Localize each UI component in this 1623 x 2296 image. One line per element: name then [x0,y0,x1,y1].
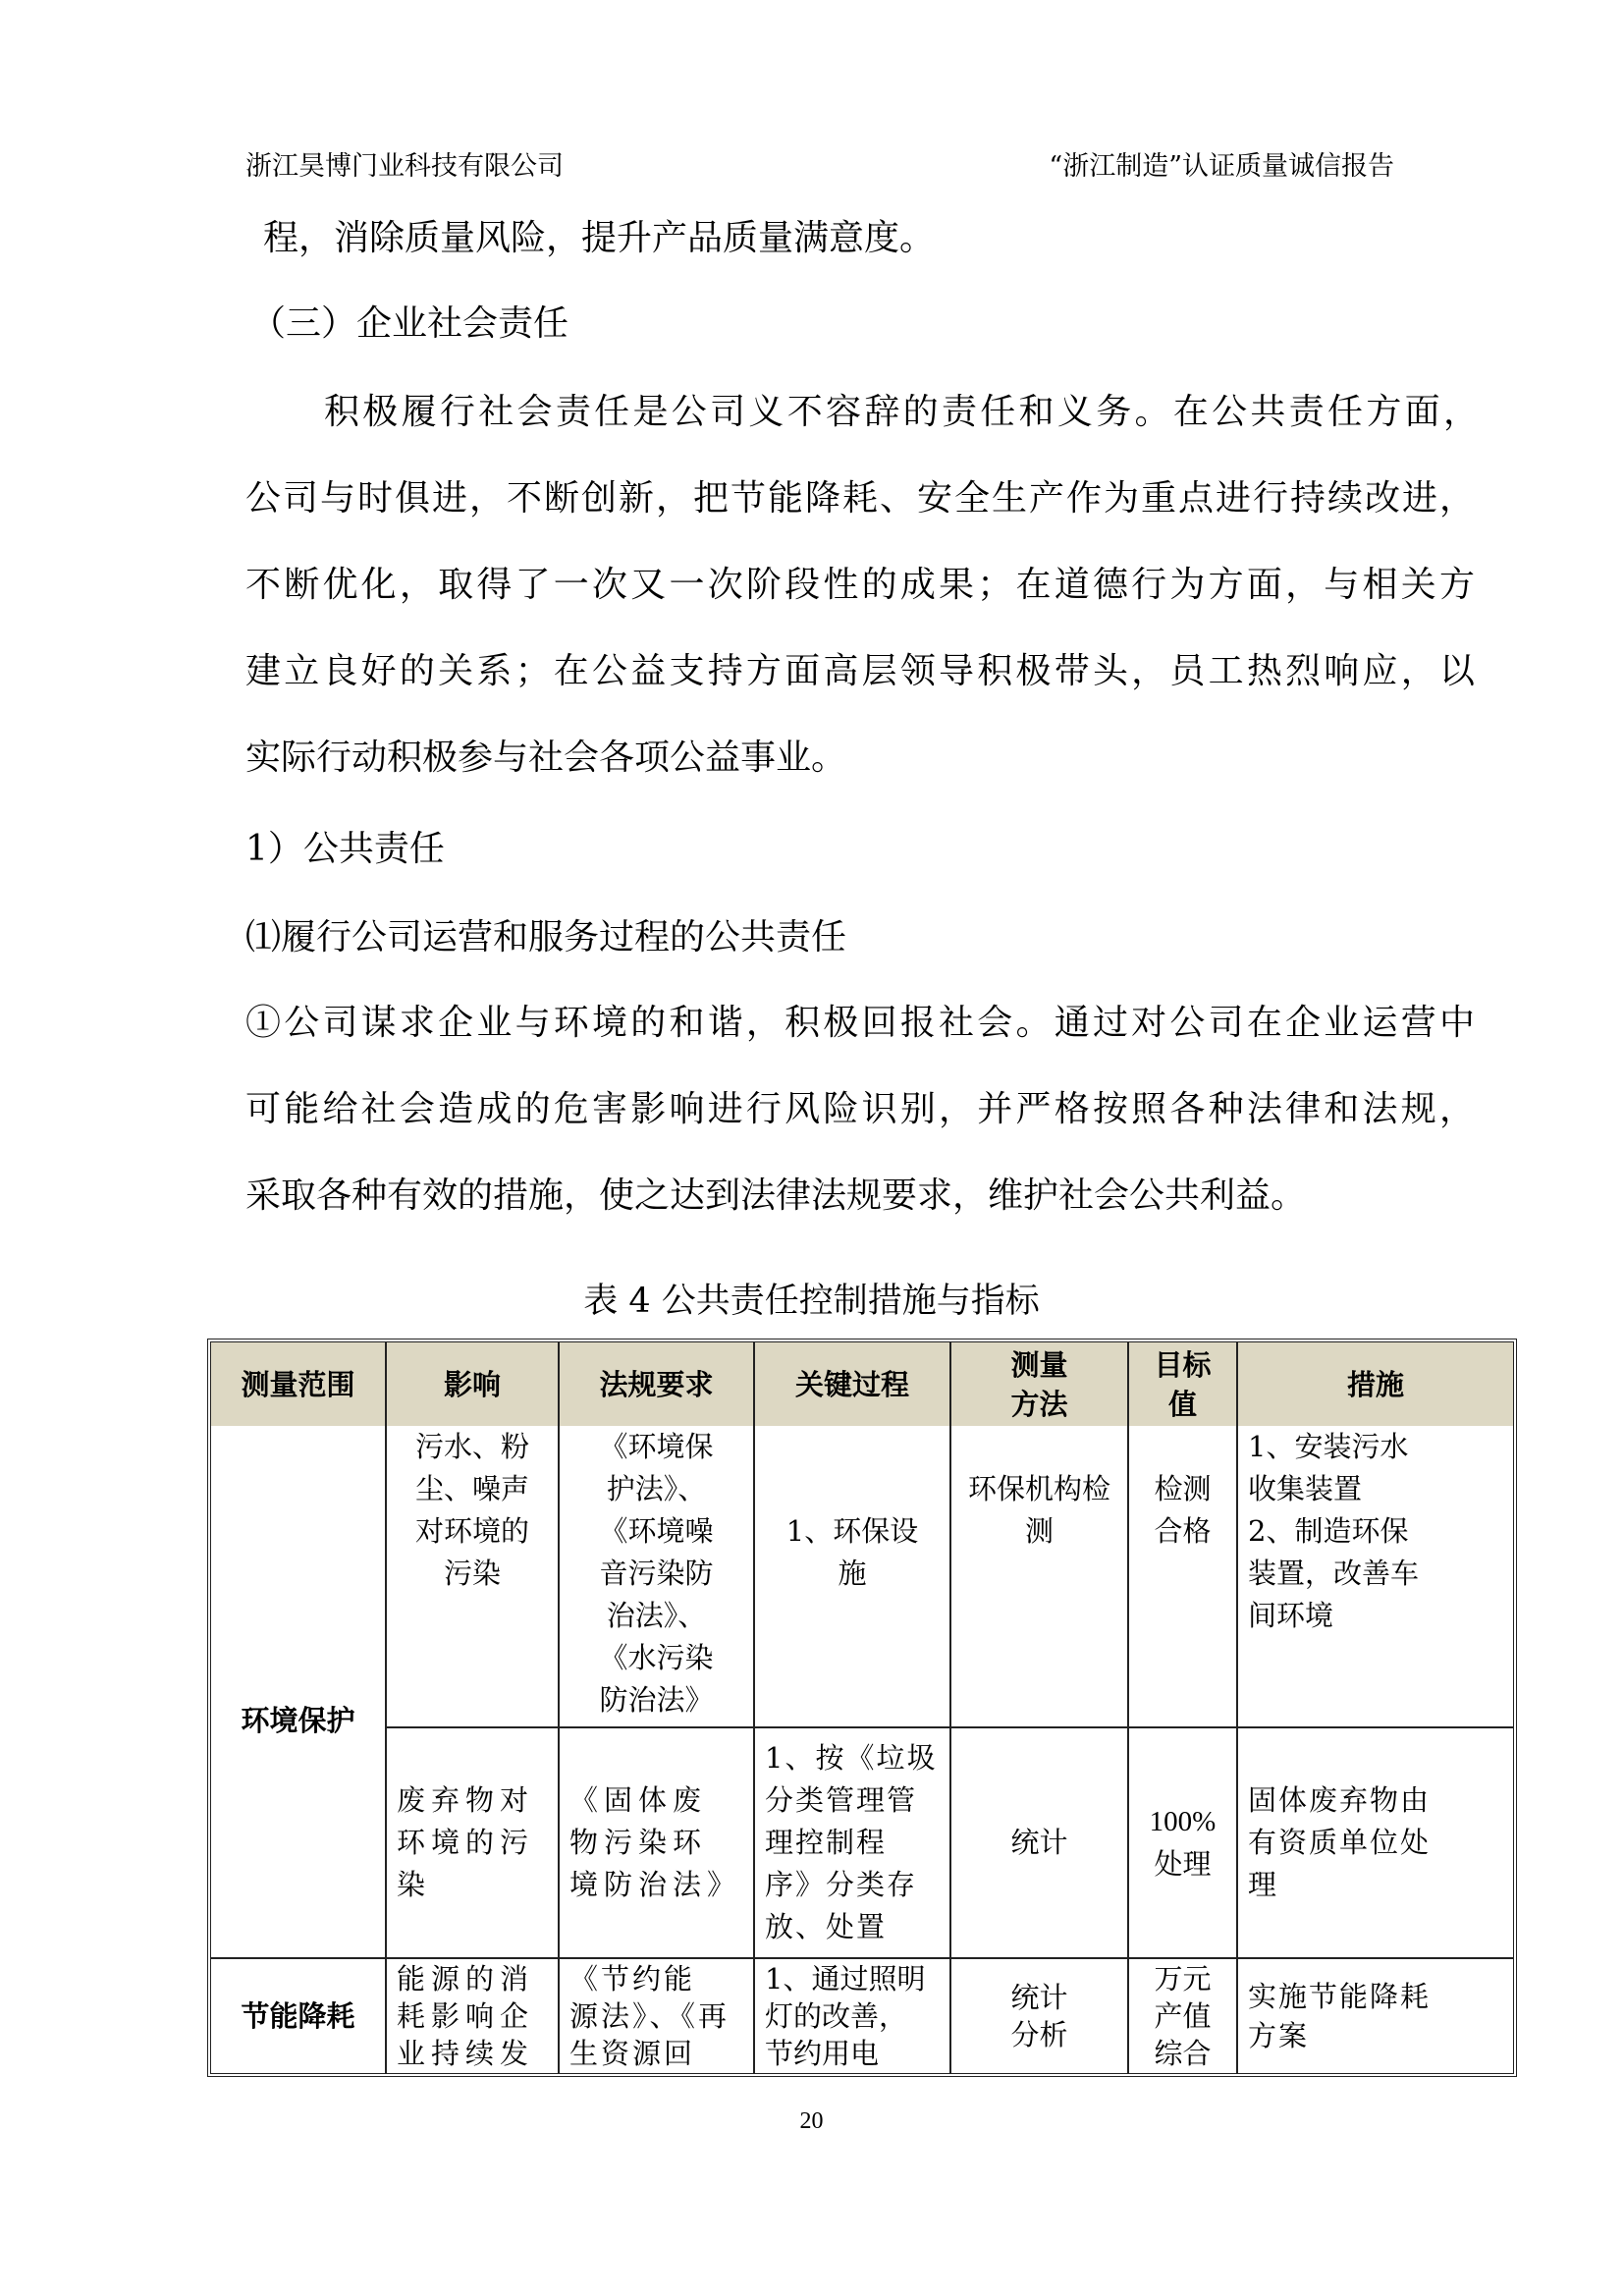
cell-scope: 环境保护 [211,1426,387,1959]
column-header-target: 目标值 [1129,1342,1238,1426]
header-report-title: “浙江制造”认证质量诚信报告 [1049,147,1394,187]
column-header-regulation: 法规要求 [560,1342,755,1426]
table-row: 废弃物对 环境的污 染 《固体废 物污染环 境防治法》 1、按《垃圾 分类管理管… [211,1728,1513,1959]
cell-impact: 污水、粉 尘、噪声 对环境的 污染 [387,1426,560,1728]
table-row: 环境保护 污水、粉 尘、噪声 对环境的 污染 《环境保 护法》、 《环境噪 音污… [211,1426,1513,1728]
cell-target: 检测 合格 [1129,1426,1238,1728]
section-heading: （三）企业社会责任 [250,300,568,349]
column-header-impact: 影响 [387,1342,560,1426]
column-header-measures: 措施 [1238,1342,1513,1426]
paragraph-line: 可能给社会造成的危害影响进行风险识别，并严格按照各种法律和法规， [245,1085,1475,1134]
cell-measures: 固体废弃物由 有资质单位处 理 [1238,1728,1513,1959]
paragraph-line: 积极履行社会责任是公司义不容辞的责任和义务。在公共责任方面， [324,388,1479,437]
header-company-name: 浙江昊博门业科技有限公司 [245,147,564,187]
paragraph-line: 建立良好的关系；在公益支持方面高层领导积极带头，员工热烈响应，以 [245,647,1475,696]
cell-target: 100% 处理 [1129,1728,1238,1959]
cell-key-process: 1、环保设 施 [755,1426,951,1728]
table-caption: 表 4 公共责任控制措施与指标 [0,1277,1623,1326]
cell-method: 统计 [951,1728,1129,1959]
cell-method: 统计 分析 [951,1959,1129,2073]
column-header-key-process: 关键过程 [755,1342,951,1426]
table-row: 节能降耗 能源的消 耗影响企 业持续发 《节约能 源法》、《再 生资源回 1、通… [211,1959,1513,2073]
cell-scope: 节能降耗 [211,1959,387,2073]
column-header-scope: 测量范围 [211,1342,387,1426]
cell-target: 万元 产值 综合 [1129,1959,1238,2073]
subheading-public-responsibility: 1）公共责任 [245,825,445,874]
cell-impact: 废弃物对 环境的污 染 [387,1728,560,1959]
cell-regulation: 《固体废 物污染环 境防治法》 [560,1728,755,1959]
paragraph-line: 不断优化，取得了一次又一次阶段性的成果；在道德行为方面，与相关方 [245,561,1475,610]
page-number: 20 [0,2102,1623,2141]
cell-regulation: 《环境保 护法》、 《环境噪 音污染防 治法》、 《水污染 防治法》 [560,1426,755,1728]
paragraph-line: 采取各种有效的措施，使之达到法律法规要求，维护社会公共利益。 [245,1172,1306,1221]
paragraph-line: 实际行动积极参与社会各项公益事业。 [245,734,846,783]
cell-measures: 实施节能降耗 方案 [1238,1959,1513,2073]
cell-key-process: 1、通过照明 灯的改善， 节约用电 [755,1959,951,2073]
paragraph-line: 公司与时俱进，不断创新，把节能降耗、安全生产作为重点进行持续改进， [245,474,1475,523]
page-header: 浙江昊博门业科技有限公司 “浙江制造”认证质量诚信报告 [245,147,1394,187]
column-header-method: 测量方法 [951,1342,1129,1426]
continuation-text: 程，消除质量风险，提升产品质量满意度。 [263,214,935,263]
public-responsibility-table: 测量范围 影响 法规要求 关键过程 测量方法 目标值 措施 环境保护 污水、粉 … [207,1339,1517,2077]
cell-measures: 1、安装污水 收集装置 2、制造环保 装置，改善车 间环境 [1238,1426,1513,1728]
paragraph-line: ①公司谋求企业与环境的和谐，积极回报社会。通过对公司在企业运营中 [245,999,1475,1048]
cell-key-process: 1、按《垃圾 分类管理管 理控制程 序》分类存 放、处置 [755,1728,951,1959]
cell-impact: 能源的消 耗影响企 业持续发 [387,1959,560,2073]
cell-regulation: 《节约能 源法》、《再 生资源回 [560,1959,755,2073]
subheading-operation-responsibility: ⑴履行公司运营和服务过程的公共责任 [245,913,846,962]
cell-method: 环保机构检 测 [951,1426,1129,1728]
table-header-row: 测量范围 影响 法规要求 关键过程 测量方法 目标值 措施 [211,1342,1513,1426]
